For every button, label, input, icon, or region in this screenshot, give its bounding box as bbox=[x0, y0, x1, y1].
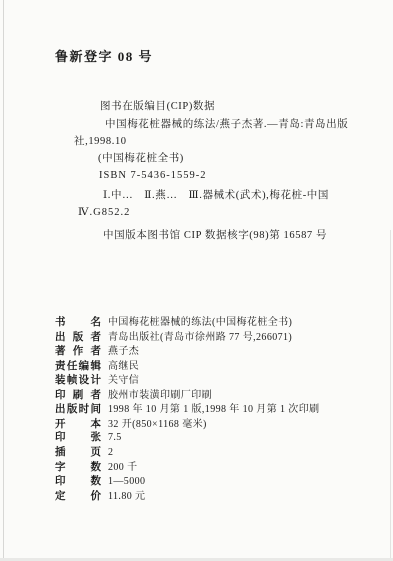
book-copyright-page: { "registration": "鲁新登字 08 号", "cip": { … bbox=[0, 0, 393, 561]
colophon-row: 印数 1—5000 bbox=[55, 473, 375, 488]
colophon-row-value: 1998 年 10 月第 1 版,1998 年 10 月第 1 次印刷 bbox=[108, 400, 320, 415]
colophon-block: 书名 中国梅花桩器械的练法(中国梅花桩全书) 出版者 青岛出版社(青岛市徐州路 … bbox=[55, 313, 375, 502]
colophon-row-label: 印张 bbox=[55, 429, 101, 444]
cip-isbn: ISBN 7-5436-1559-2 bbox=[99, 169, 207, 182]
colophon-row-value: 胶州市装潢印刷厂印刷 bbox=[108, 386, 212, 401]
cip-title-wrap: 社,1998.10 bbox=[74, 135, 127, 148]
colophon-row-label: 出版者 bbox=[55, 329, 101, 344]
colophon-row-label: 印刷者 bbox=[55, 387, 101, 402]
cip-series-title: (中国梅花桩全书) bbox=[98, 152, 184, 165]
colophon-row-value: 200 千 bbox=[108, 458, 138, 473]
colophon-row-label: 定价 bbox=[55, 488, 101, 503]
cip-heading: 图书在版编目(CIP)数据 bbox=[100, 100, 215, 113]
registration-number: 鲁新登字 08 号 bbox=[55, 46, 153, 65]
colophon-row: 著作者 燕子杰 bbox=[55, 342, 375, 357]
colophon-row-label: 出版时间 bbox=[55, 401, 101, 416]
colophon-row-label: 印数 bbox=[55, 473, 101, 488]
colophon-row-value: 高继民 bbox=[108, 357, 139, 372]
colophon-row-value: 青岛出版社(青岛市徐州路 77 号,266071) bbox=[108, 328, 292, 343]
colophon-row: 插页 2 bbox=[55, 444, 375, 459]
colophon-row: 出版时间 1998 年 10 月第 1 版,1998 年 10 月第 1 次印刷 bbox=[55, 400, 375, 415]
colophon-row: 开本 32 开(850×1168 毫米) bbox=[55, 415, 375, 430]
colophon-row-label: 责任编辑 bbox=[55, 358, 101, 373]
colophon-row-label: 书名 bbox=[55, 314, 101, 329]
colophon-row-value: 1—5000 bbox=[108, 476, 145, 487]
colophon-row-value: 7.5 bbox=[108, 432, 122, 443]
colophon-row-value: 2 bbox=[108, 447, 113, 458]
page-edge-left bbox=[3, 0, 4, 561]
colophon-row-label: 装帧设计 bbox=[55, 372, 101, 387]
colophon-row-label: 著作者 bbox=[55, 343, 101, 358]
colophon-row: 书名 中国梅花桩器械的练法(中国梅花桩全书) bbox=[55, 313, 375, 328]
cip-record-number: 中国版本图书馆 CIP 数据核字(98)第 16587 号 bbox=[103, 229, 327, 242]
colophon-row-value: 关守信 bbox=[108, 371, 139, 386]
colophon-row: 定价 11.80 元 bbox=[55, 487, 375, 502]
cip-title-line: 中国梅花桩器械的练法/燕子杰著.—青岛:青岛出版 bbox=[105, 118, 348, 131]
colophon-row: 装帧设计 关守信 bbox=[55, 371, 375, 386]
colophon-row-value: 燕子杰 bbox=[108, 342, 139, 357]
colophon-row-value: 中国梅花桩器械的练法(中国梅花桩全书) bbox=[108, 313, 292, 328]
cip-class-number: Ⅳ.G852.2 bbox=[78, 206, 130, 219]
colophon-row: 字数 200 千 bbox=[55, 458, 375, 473]
colophon-row-value: 32 开(850×1168 毫米) bbox=[108, 415, 207, 430]
colophon-row: 印刷者 胶州市装潢印刷厂印刷 bbox=[55, 386, 375, 401]
colophon-row: 印张 7.5 bbox=[55, 429, 375, 444]
cip-subject-codes: Ⅰ.中… Ⅱ.燕… Ⅲ.器械术(武术),梅花桩-中国 bbox=[103, 189, 329, 202]
colophon-row: 责任编辑 高继民 bbox=[55, 357, 375, 372]
page-edge-right bbox=[390, 230, 391, 561]
colophon-row: 出版者 青岛出版社(青岛市徐州路 77 号,266071) bbox=[55, 328, 375, 343]
colophon-row-label: 插页 bbox=[55, 444, 101, 459]
colophon-row-value: 11.80 元 bbox=[108, 487, 145, 502]
